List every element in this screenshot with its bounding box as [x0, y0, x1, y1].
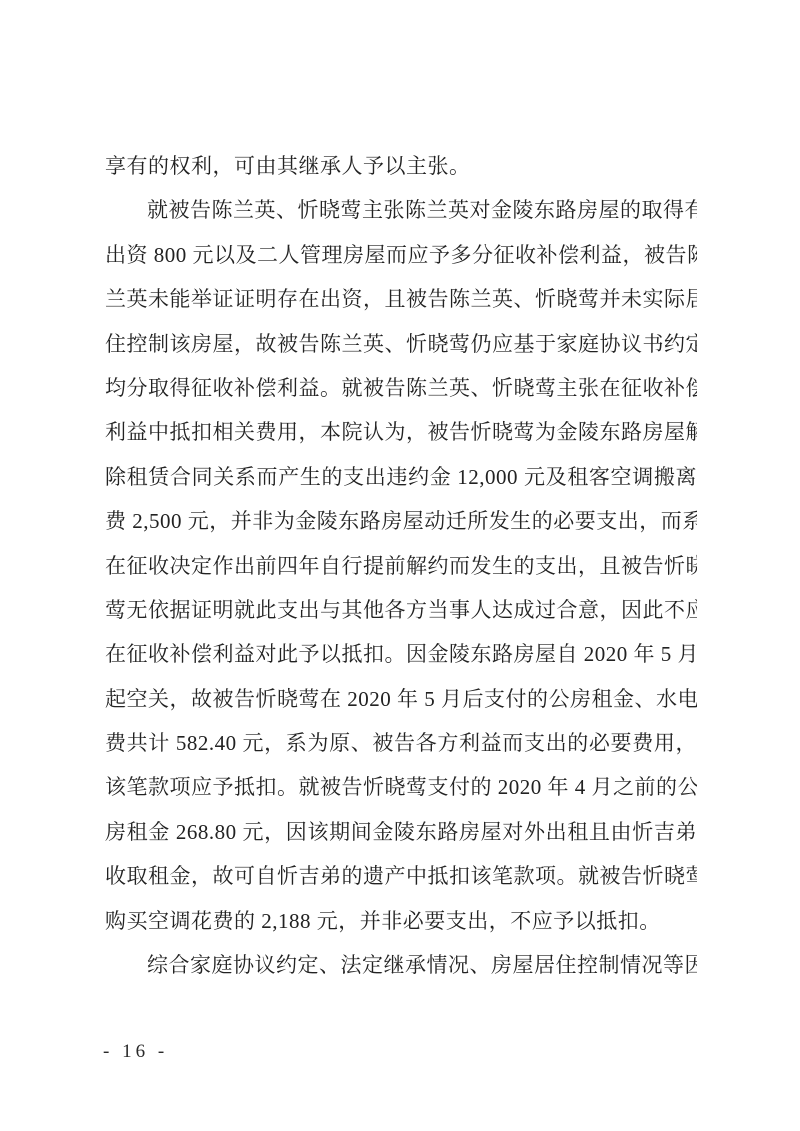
text-line: 就被告陈兰英、忻晓莺主张陈兰英对金陵东路房屋的取得有	[105, 188, 697, 232]
text-line: 兰英未能举证证明存在出资，且被告陈兰英、忻晓莺并未实际居	[105, 277, 697, 321]
paragraph: 综合家庭协议约定、法定继承情况、房屋居住控制情况等因	[105, 943, 697, 987]
page-number: - 16 -	[103, 1041, 168, 1063]
text-line: 房租金 268.80 元，因该期间金陵东路房屋对外出租且由忻吉弟	[105, 810, 697, 854]
document-page: 享有的权利，可由其继承人予以主张。就被告陈兰英、忻晓莺主张陈兰英对金陵东路房屋的…	[0, 0, 800, 1131]
text-line: 均分取得征收补偿利益。就被告陈兰英、忻晓莺主张在征收补偿	[105, 366, 697, 410]
text-line: 利益中抵扣相关费用，本院认为，被告忻晓莺为金陵东路房屋解	[105, 410, 697, 454]
text-line: 享有的权利，可由其继承人予以主张。	[105, 144, 697, 188]
text-line: 收取租金，故可自忻吉弟的遗产中抵扣该笔款项。就被告忻晓莺	[105, 854, 697, 898]
text-line: 在征收决定作出前四年自行提前解约而发生的支出，且被告忻晓	[105, 544, 697, 588]
text-line: 费 2,500 元，并非为金陵东路房屋动迁所发生的必要支出，而系	[105, 499, 697, 543]
text-line: 住控制该房屋，故被告陈兰英、忻晓莺仍应基于家庭协议书约定	[105, 322, 697, 366]
text-line: 除租赁合同关系而产生的支出违约金 12,000 元及租客空调搬离	[105, 455, 697, 499]
text-line: 出资 800 元以及二人管理房屋而应予多分征收补偿利益，被告陈	[105, 233, 697, 277]
text-line: 综合家庭协议约定、法定继承情况、房屋居住控制情况等因	[105, 943, 697, 987]
document-body: 享有的权利，可由其继承人予以主张。就被告陈兰英、忻晓莺主张陈兰英对金陵东路房屋的…	[105, 144, 697, 987]
text-line: 起空关，故被告忻晓莺在 2020 年 5 月后支付的公房租金、水电	[105, 677, 697, 721]
text-line: 在征收补偿利益对此予以抵扣。因金陵东路房屋自 2020 年 5 月	[105, 632, 697, 676]
text-line: 费共计 582.40 元，系为原、被告各方利益而支出的必要费用，	[105, 721, 697, 765]
page-footer: - 16 -	[103, 1038, 168, 1066]
text-line: 该笔款项应予抵扣。就被告忻晓莺支付的 2020 年 4 月之前的公	[105, 765, 697, 809]
paragraph: 就被告陈兰英、忻晓莺主张陈兰英对金陵东路房屋的取得有出资 800 元以及二人管理…	[105, 188, 697, 943]
paragraph: 享有的权利，可由其继承人予以主张。	[105, 144, 697, 188]
text-line: 莺无依据证明就此支出与其他各方当事人达成过合意，因此不应	[105, 588, 697, 632]
text-line: 购买空调花费的 2,188 元，并非必要支出，不应予以抵扣。	[105, 899, 697, 943]
